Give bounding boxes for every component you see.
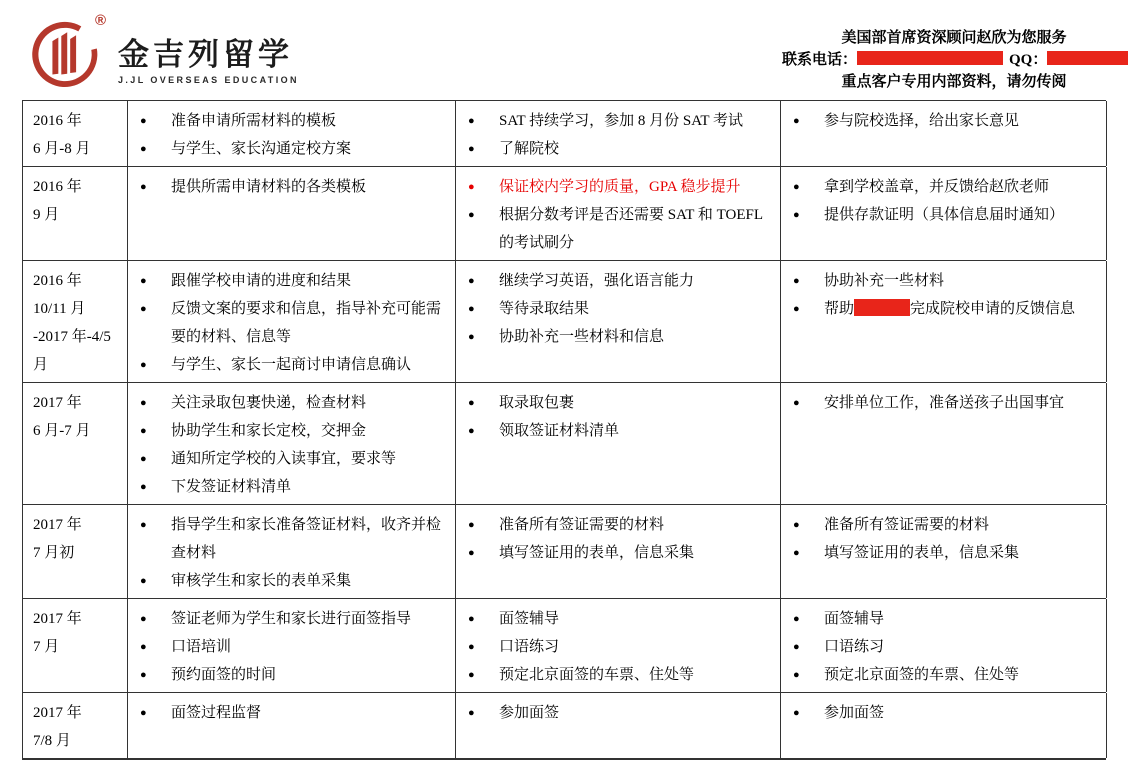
tasks-cell: ●拿到学校盖章，并反馈给赵欣老师●提供存款证明（具体信息届时通知）: [781, 167, 1107, 260]
timeline-row: 2017 年6 月-7 月●关注录取包裹快递，检查材料●协助学生和家长定校，交押…: [23, 383, 1106, 505]
task-item: ●填写签证用的表单，信息采集: [468, 539, 774, 567]
period-line: 7/8 月: [33, 727, 121, 755]
period-line: -2017 年-4/5: [33, 323, 121, 351]
phone-number-redaction: [857, 51, 1003, 65]
task-text: 与学生、家长沟通定校方案: [171, 135, 449, 163]
brand-name-en: J.JL OVERSEAS EDUCATION: [118, 75, 299, 85]
task-item: ●关注录取包裹快递，检查材料: [140, 389, 449, 417]
task-text: 帮助完成院校申请的反馈信息: [824, 295, 1100, 323]
task-text: 签证老师为学生和家长进行面签指导: [171, 605, 449, 633]
brand-text: 金吉列留学 J.JL OVERSEAS EDUCATION: [118, 12, 299, 85]
bullet-icon: ●: [140, 633, 171, 661]
tasks-cell: ●提供所需申请材料的各类模板: [128, 167, 456, 260]
task-text: 下发签证材料清单: [171, 473, 449, 501]
bullet-icon: ●: [140, 699, 171, 727]
task-text: 预约面签的时间: [171, 661, 449, 689]
period-line: 2017 年: [33, 389, 121, 417]
qq-number-redaction: [1047, 51, 1128, 65]
period-cell: 2017 年7 月: [23, 599, 128, 692]
bullet-icon: ●: [468, 389, 499, 417]
bullet-icon: ●: [793, 633, 824, 661]
bullet-icon: ●: [140, 473, 171, 501]
bullet-icon: ●: [140, 445, 171, 473]
period-line: 2016 年: [33, 173, 121, 201]
task-item: ●保证校内学习的质量，GPA 稳步提升: [468, 173, 774, 201]
bullet-icon: ●: [140, 567, 171, 595]
task-item: ●参与院校选择，给出家长意见: [793, 107, 1100, 135]
task-item: ●协助补充一些材料: [793, 267, 1100, 295]
timeline-row: 2017 年7 月初●指导学生和家长准备签证材料，收齐并检查材料●审核学生和家长…: [23, 505, 1106, 599]
task-item: ●预定北京面签的车票、住处等: [793, 661, 1100, 689]
task-item: ●预约面签的时间: [140, 661, 449, 689]
task-text: 继续学习英语，强化语言能力: [499, 267, 774, 295]
task-text: 准备所有签证需要的材料: [499, 511, 774, 539]
period-line: 2017 年: [33, 699, 121, 727]
task-item: ●填写签证用的表单，信息采集: [793, 539, 1100, 567]
tasks-cell: ●签证老师为学生和家长进行面签指导●口语培训●预约面签的时间: [128, 599, 456, 692]
bullet-icon: ●: [140, 107, 171, 135]
task-item: ●了解院校: [468, 135, 774, 163]
tasks-cell: ●参加面签: [781, 693, 1107, 758]
tasks-cell: ●准备所有签证需要的材料●填写签证用的表单，信息采集: [781, 505, 1107, 598]
bullet-icon: ●: [468, 699, 499, 727]
task-item: ●预定北京面签的车票、住处等: [468, 661, 774, 689]
task-item: ●帮助完成院校申请的反馈信息: [793, 295, 1100, 323]
qq-label: QQ：: [1009, 52, 1047, 68]
phone-label: 联系电话：: [782, 52, 857, 68]
task-item: ●根据分数考评是否还需要 SAT 和 TOEFL 的考试刷分: [468, 201, 774, 257]
task-text: 取录取包裹: [499, 389, 774, 417]
period-cell: 2016 年10/11 月-2017 年-4/5月: [23, 261, 128, 382]
tasks-cell: ●安排单位工作，准备送孩子出国事宜: [781, 383, 1107, 504]
task-text: 填写签证用的表单，信息采集: [499, 539, 774, 567]
task-item: ●领取签证材料清单: [468, 417, 774, 445]
task-text: 填写签证用的表单，信息采集: [824, 539, 1100, 567]
task-text: 参与院校选择，给出家长意见: [824, 107, 1100, 135]
brand-logo: ® 金吉列留学 J.JL OVERSEAS EDUCATION: [28, 12, 299, 94]
bullet-icon: ●: [140, 417, 171, 445]
period-cell: 2016 年6 月-8 月: [23, 101, 128, 166]
bullet-icon: ●: [468, 267, 499, 295]
task-item: ●协助学生和家长定校，交押金: [140, 417, 449, 445]
task-text: 协助补充一些材料: [824, 267, 1100, 295]
timeline-row: 2017 年7 月●签证老师为学生和家长进行面签指导●口语培训●预约面签的时间●…: [23, 599, 1106, 693]
task-item: ●提供所需申请材料的各类模板: [140, 173, 449, 201]
bullet-icon: ●: [140, 605, 171, 633]
period-line: 2017 年: [33, 511, 121, 539]
period-line: 9 月: [33, 201, 121, 229]
period-cell: 2017 年6 月-7 月: [23, 383, 128, 504]
tasks-cell: ●关注录取包裹快递，检查材料●协助学生和家长定校，交押金●通知所定学校的入读事宜…: [128, 383, 456, 504]
task-text: 领取签证材料清单: [499, 417, 774, 445]
page-root: { "colors": { "logo_red": "#b5382c", "re…: [0, 0, 1128, 767]
bullet-icon: ●: [468, 295, 499, 323]
period-line: 7 月: [33, 633, 121, 661]
tasks-cell: ●指导学生和家长准备签证材料，收齐并检查材料●审核学生和家长的表单采集: [128, 505, 456, 598]
task-item: ●签证老师为学生和家长进行面签指导: [140, 605, 449, 633]
task-text: 保证校内学习的质量，GPA 稳步提升: [499, 173, 774, 201]
tasks-cell: ●面签辅导●口语练习●预定北京面签的车票、住处等: [781, 599, 1107, 692]
task-item: ●反馈文案的要求和信息，指导补充可能需要的材料、信息等: [140, 295, 449, 351]
bullet-icon: ●: [793, 605, 824, 633]
bullet-icon: ●: [140, 389, 171, 417]
bullet-icon: ●: [140, 511, 171, 539]
bullet-icon: ●: [140, 173, 171, 201]
timeline-row: 2017 年7/8 月●面签过程监督●参加面签●参加面签: [23, 693, 1106, 760]
period-line: 月: [33, 351, 121, 379]
bullet-icon: ●: [468, 323, 499, 351]
bullet-icon: ●: [468, 173, 499, 201]
bullet-icon: ●: [140, 267, 171, 295]
period-line: 6 月-8 月: [33, 135, 121, 163]
bullet-icon: ●: [140, 661, 171, 689]
notice-confidential-line: 重点客户专用内部资料，请勿传阅: [782, 71, 1126, 93]
name-redaction: [854, 299, 910, 316]
period-line: 2017 年: [33, 605, 121, 633]
task-item: ●指导学生和家长准备签证材料，收齐并检查材料: [140, 511, 449, 567]
period-cell: 2017 年7 月初: [23, 505, 128, 598]
bullet-icon: ●: [793, 107, 824, 135]
bullet-icon: ●: [793, 511, 824, 539]
task-text: 预定北京面签的车票、住处等: [824, 661, 1100, 689]
brand-name-cn: 金吉列留学: [118, 38, 299, 72]
period-cell: 2017 年7/8 月: [23, 693, 128, 758]
period-line: 7 月初: [33, 539, 121, 567]
bullet-icon: ●: [793, 699, 824, 727]
task-text: 协助学生和家长定校，交押金: [171, 417, 449, 445]
period-line: 2016 年: [33, 267, 121, 295]
task-item: ●安排单位工作，准备送孩子出国事宜: [793, 389, 1100, 417]
bullet-icon: ●: [140, 351, 171, 379]
task-item: ●审核学生和家长的表单采集: [140, 567, 449, 595]
task-text: 准备申请所需材料的模板: [171, 107, 449, 135]
task-item: ●SAT 持续学习，参加 8 月份 SAT 考试: [468, 107, 774, 135]
tasks-cell: ●协助补充一些材料●帮助完成院校申请的反馈信息: [781, 261, 1107, 382]
tasks-cell: ●跟催学校申请的进度和结果●反馈文案的要求和信息，指导补充可能需要的材料、信息等…: [128, 261, 456, 382]
period-line: 2016 年: [33, 107, 121, 135]
bullet-icon: ●: [793, 389, 824, 417]
task-item: ●取录取包裹: [468, 389, 774, 417]
task-text: 口语练习: [499, 633, 774, 661]
timeline-row: 2016 年6 月-8 月●准备申请所需材料的模板●与学生、家长沟通定校方案●S…: [23, 101, 1106, 167]
bullet-icon: ●: [140, 135, 171, 163]
task-text: 关注录取包裹快递，检查材料: [171, 389, 449, 417]
tasks-cell: ●面签过程监督: [128, 693, 456, 758]
timeline-row: 2016 年10/11 月-2017 年-4/5月●跟催学校申请的进度和结果●反…: [23, 261, 1106, 383]
bullet-icon: ●: [468, 539, 499, 567]
task-text: 面签辅导: [499, 605, 774, 633]
task-item: ●等待录取结果: [468, 295, 774, 323]
notice-consultant-line: 美国部首席资深顾问赵欣为您服务: [782, 27, 1126, 49]
task-item: ●口语练习: [793, 633, 1100, 661]
task-text: 审核学生和家长的表单采集: [171, 567, 449, 595]
task-text: 根据分数考评是否还需要 SAT 和 TOEFL 的考试刷分: [499, 201, 774, 257]
tasks-cell: ●面签辅导●口语练习●预定北京面签的车票、住处等: [456, 599, 781, 692]
task-item: ●口语练习: [468, 633, 774, 661]
task-item: ●拿到学校盖章，并反馈给赵欣老师: [793, 173, 1100, 201]
bullet-icon: ●: [793, 295, 824, 323]
task-text: 跟催学校申请的进度和结果: [171, 267, 449, 295]
task-item: ●参加面签: [793, 699, 1100, 727]
bullet-icon: ●: [468, 201, 499, 229]
tasks-cell: ●取录取包裹●领取签证材料清单: [456, 383, 781, 504]
task-item: ●继续学习英语，强化语言能力: [468, 267, 774, 295]
jjl-logo-icon: ®: [28, 12, 102, 94]
period-line: 6 月-7 月: [33, 417, 121, 445]
task-item: ●提供存款证明（具体信息届时通知）: [793, 201, 1100, 229]
bullet-icon: ●: [793, 173, 824, 201]
task-text: 预定北京面签的车票、住处等: [499, 661, 774, 689]
task-item: ●与学生、家长一起商讨申请信息确认: [140, 351, 449, 379]
notice-contact-line: 联系电话：QQ：: [782, 49, 1126, 71]
task-text: 安排单位工作，准备送孩子出国事宜: [824, 389, 1100, 417]
task-text: 提供所需申请材料的各类模板: [171, 173, 449, 201]
bullet-icon: ●: [468, 661, 499, 689]
task-text: 反馈文案的要求和信息，指导补充可能需要的材料、信息等: [171, 295, 449, 351]
tasks-cell: ●参与院校选择，给出家长意见: [781, 101, 1107, 166]
bullet-icon: ●: [468, 511, 499, 539]
task-text: 面签辅导: [824, 605, 1100, 633]
task-text: 拿到学校盖章，并反馈给赵欣老师: [824, 173, 1100, 201]
tasks-cell: ●参加面签: [456, 693, 781, 758]
bullet-icon: ●: [793, 201, 824, 229]
task-item: ●准备申请所需材料的模板: [140, 107, 449, 135]
task-item: ●准备所有签证需要的材料: [793, 511, 1100, 539]
task-item: ●与学生、家长沟通定校方案: [140, 135, 449, 163]
timeline-row: 2016 年9 月●提供所需申请材料的各类模板●保证校内学习的质量，GPA 稳步…: [23, 167, 1106, 261]
confidential-notice: 美国部首席资深顾问赵欣为您服务 联系电话：QQ： 重点客户专用内部资料，请勿传阅: [782, 27, 1126, 93]
period-line: 10/11 月: [33, 295, 121, 323]
task-item: ●协助补充一些材料和信息: [468, 323, 774, 351]
task-text: 与学生、家长一起商讨申请信息确认: [171, 351, 449, 379]
bullet-icon: ●: [140, 295, 171, 323]
bullet-icon: ●: [793, 267, 824, 295]
task-text: 参加面签: [824, 699, 1100, 727]
task-text: 了解院校: [499, 135, 774, 163]
bullet-icon: ●: [793, 661, 824, 689]
tasks-cell: ●准备所有签证需要的材料●填写签证用的表单，信息采集: [456, 505, 781, 598]
task-item: ●参加面签: [468, 699, 774, 727]
task-text: 口语练习: [824, 633, 1100, 661]
bullet-icon: ●: [468, 135, 499, 163]
task-item: ●面签过程监督: [140, 699, 449, 727]
task-text: 面签过程监督: [171, 699, 449, 727]
bullet-icon: ●: [468, 107, 499, 135]
period-cell: 2016 年9 月: [23, 167, 128, 260]
bullet-icon: ●: [468, 605, 499, 633]
bullet-icon: ●: [468, 633, 499, 661]
task-text: 口语培训: [171, 633, 449, 661]
task-text: 通知所定学校的入读事宜，要求等: [171, 445, 449, 473]
task-item: ●通知所定学校的入读事宜，要求等: [140, 445, 449, 473]
task-text: 指导学生和家长准备签证材料，收齐并检查材料: [171, 511, 449, 567]
task-item: ●准备所有签证需要的材料: [468, 511, 774, 539]
registered-trademark-icon: ®: [95, 12, 106, 29]
tasks-cell: ●SAT 持续学习，参加 8 月份 SAT 考试●了解院校: [456, 101, 781, 166]
task-text: 提供存款证明（具体信息届时通知）: [824, 201, 1100, 229]
bullet-icon: ●: [793, 539, 824, 567]
task-text: 等待录取结果: [499, 295, 774, 323]
task-text: 参加面签: [499, 699, 774, 727]
task-text: 协助补充一些材料和信息: [499, 323, 774, 351]
task-text: 准备所有签证需要的材料: [824, 511, 1100, 539]
task-item: ●面签辅导: [468, 605, 774, 633]
tasks-cell: ●继续学习英语，强化语言能力●等待录取结果●协助补充一些材料和信息: [456, 261, 781, 382]
bullet-icon: ●: [468, 417, 499, 445]
task-item: ●跟催学校申请的进度和结果: [140, 267, 449, 295]
timeline-table: 2016 年6 月-8 月●准备申请所需材料的模板●与学生、家长沟通定校方案●S…: [22, 100, 1106, 760]
tasks-cell: ●保证校内学习的质量，GPA 稳步提升●根据分数考评是否还需要 SAT 和 TO…: [456, 167, 781, 260]
task-item: ●面签辅导: [793, 605, 1100, 633]
task-item: ●下发签证材料清单: [140, 473, 449, 501]
task-item: ●口语培训: [140, 633, 449, 661]
task-text: SAT 持续学习，参加 8 月份 SAT 考试: [499, 107, 774, 135]
tasks-cell: ●准备申请所需材料的模板●与学生、家长沟通定校方案: [128, 101, 456, 166]
